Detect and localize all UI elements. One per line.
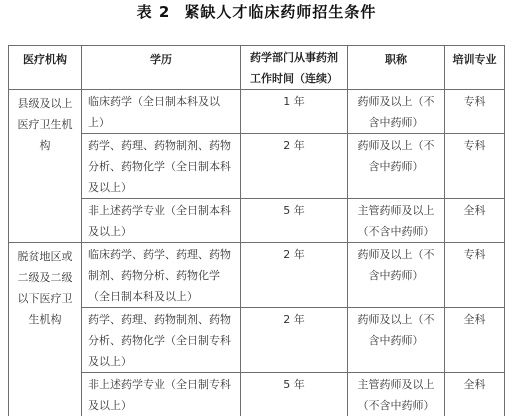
education-cell: 非上述药学专业（全日制本科及以上） (82, 199, 241, 243)
education-cell: 非上述药学专业（全日制专科及以上） (82, 373, 241, 416)
table-header-row: 医疗机构 学历 药学部门从事药剂工作时间（连续） 职称 培训专业 (9, 46, 505, 90)
header-professional-title: 职称 (348, 46, 445, 90)
table-row: 非上述药学专业（全日制专科及以上） 5 年 主管药师及以上（不含中药师） 全科 (9, 373, 505, 416)
table-number: 表 2 (137, 3, 171, 21)
title-cell: 主管药师及以上（不含中药师） (348, 373, 445, 416)
title-cell: 药师及以上（不含中药师） (348, 134, 445, 199)
major-cell: 全科 (445, 199, 505, 243)
work-years-cell: 2 年 (241, 243, 348, 308)
header-training-major: 培训专业 (445, 46, 505, 90)
major-cell: 专科 (445, 90, 505, 134)
major-cell: 全科 (445, 373, 505, 416)
admission-requirements-table: 医疗机构 学历 药学部门从事药剂工作时间（连续） 职称 培训专业 县级及以上医疗… (8, 45, 505, 416)
major-cell: 专科 (445, 243, 505, 308)
header-work-years: 药学部门从事药剂工作时间（连续） (241, 46, 348, 90)
work-years-cell: 5 年 (241, 199, 348, 243)
table-row: 药学、药理、药物制剂、药物分析、药物化学（全日制专科及以上） 2 年 药师及以上… (9, 308, 505, 373)
title-cell: 药师及以上（不含中药师） (348, 308, 445, 373)
work-years-cell: 2 年 (241, 308, 348, 373)
table-row: 非上述药学专业（全日制本科及以上） 5 年 主管药师及以上（不含中药师） 全科 (9, 199, 505, 243)
table-row: 县级及以上医疗卫生机构 临床药学（全日制本科及以上） 1 年 药师及以上（不含中… (9, 90, 505, 134)
education-cell: 临床药学、药学、药理、药物制剂、药物分析、药物化学（全日制本科及以上） (82, 243, 241, 308)
title-cell: 药师及以上（不含中药师） (348, 90, 445, 134)
education-cell: 临床药学（全日制本科及以上） (82, 90, 241, 134)
major-cell: 专科 (445, 134, 505, 199)
header-institution: 医疗机构 (9, 46, 82, 90)
major-cell: 全科 (445, 308, 505, 373)
header-education: 学历 (82, 46, 241, 90)
table-title: 紧缺人才临床药师招生条件 (184, 3, 376, 21)
table-caption: 表 2紧缺人才临床药师招生条件 (0, 2, 513, 22)
institution-cell: 县级及以上医疗卫生机构 (9, 90, 82, 243)
work-years-cell: 2 年 (241, 134, 348, 199)
institution-cell: 脱贫地区或二级及二级以下医疗卫生机构 (9, 243, 82, 416)
education-cell: 药学、药理、药物制剂、药物分析、药物化学（全日制本科及以上） (82, 134, 241, 199)
title-cell: 主管药师及以上（不含中药师） (348, 199, 445, 243)
education-cell: 药学、药理、药物制剂、药物分析、药物化学（全日制专科及以上） (82, 308, 241, 373)
work-years-cell: 1 年 (241, 90, 348, 134)
table-row: 药学、药理、药物制剂、药物分析、药物化学（全日制本科及以上） 2 年 药师及以上… (9, 134, 505, 199)
title-cell: 药师及以上（不含中药师） (348, 243, 445, 308)
table-row: 脱贫地区或二级及二级以下医疗卫生机构 临床药学、药学、药理、药物制剂、药物分析、… (9, 243, 505, 308)
work-years-cell: 5 年 (241, 373, 348, 416)
